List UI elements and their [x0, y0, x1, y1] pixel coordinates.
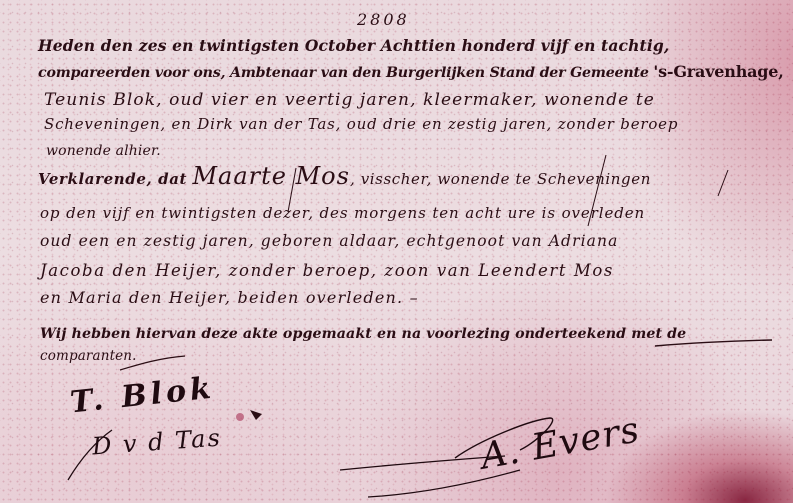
text-line-10: en Maria den Heijer, beiden overleden. – — [40, 288, 419, 307]
text-line-9: Jacoba den Heijer, zonder beroep, zoon v… — [40, 261, 614, 280]
deceased-description: , visscher, wonende te Scheveningen — [350, 170, 651, 188]
certificate-number: 2808 — [357, 10, 410, 29]
text-line-1: Heden den zes en twintigsten October Ach… — [38, 36, 669, 55]
text-line-2: compareerden voor ons, Ambtenaar van den… — [38, 62, 784, 81]
closing-line-2: comparanten. — [40, 348, 137, 364]
text-line-5: wonende alhier. — [46, 143, 161, 159]
text-line-3: Teunis Blok, oud vier en veertig jaren, … — [44, 90, 655, 110]
text-line-6: Verklarende, dat Maarte Mos, visscher, w… — [38, 162, 651, 190]
text-line-2-main: compareerden voor ons, Ambtenaar van den… — [38, 65, 649, 81]
text-line-8: oud een en zestig jaren, geboren aldaar,… — [40, 232, 618, 250]
text-line-6-lead: Verklarende, dat — [38, 170, 187, 188]
text-line-4: Scheveningen, en Dirk van der Tas, oud d… — [44, 115, 678, 133]
text-line-7: op den vijf en twintigsten dezer, des mo… — [40, 204, 645, 222]
deceased-name: Maarte Mos — [192, 162, 349, 190]
municipality-name: 's-Gravenhage, — [653, 62, 783, 81]
closing-line-1: Wij hebben hiervan deze akte opgemaakt e… — [40, 326, 686, 342]
